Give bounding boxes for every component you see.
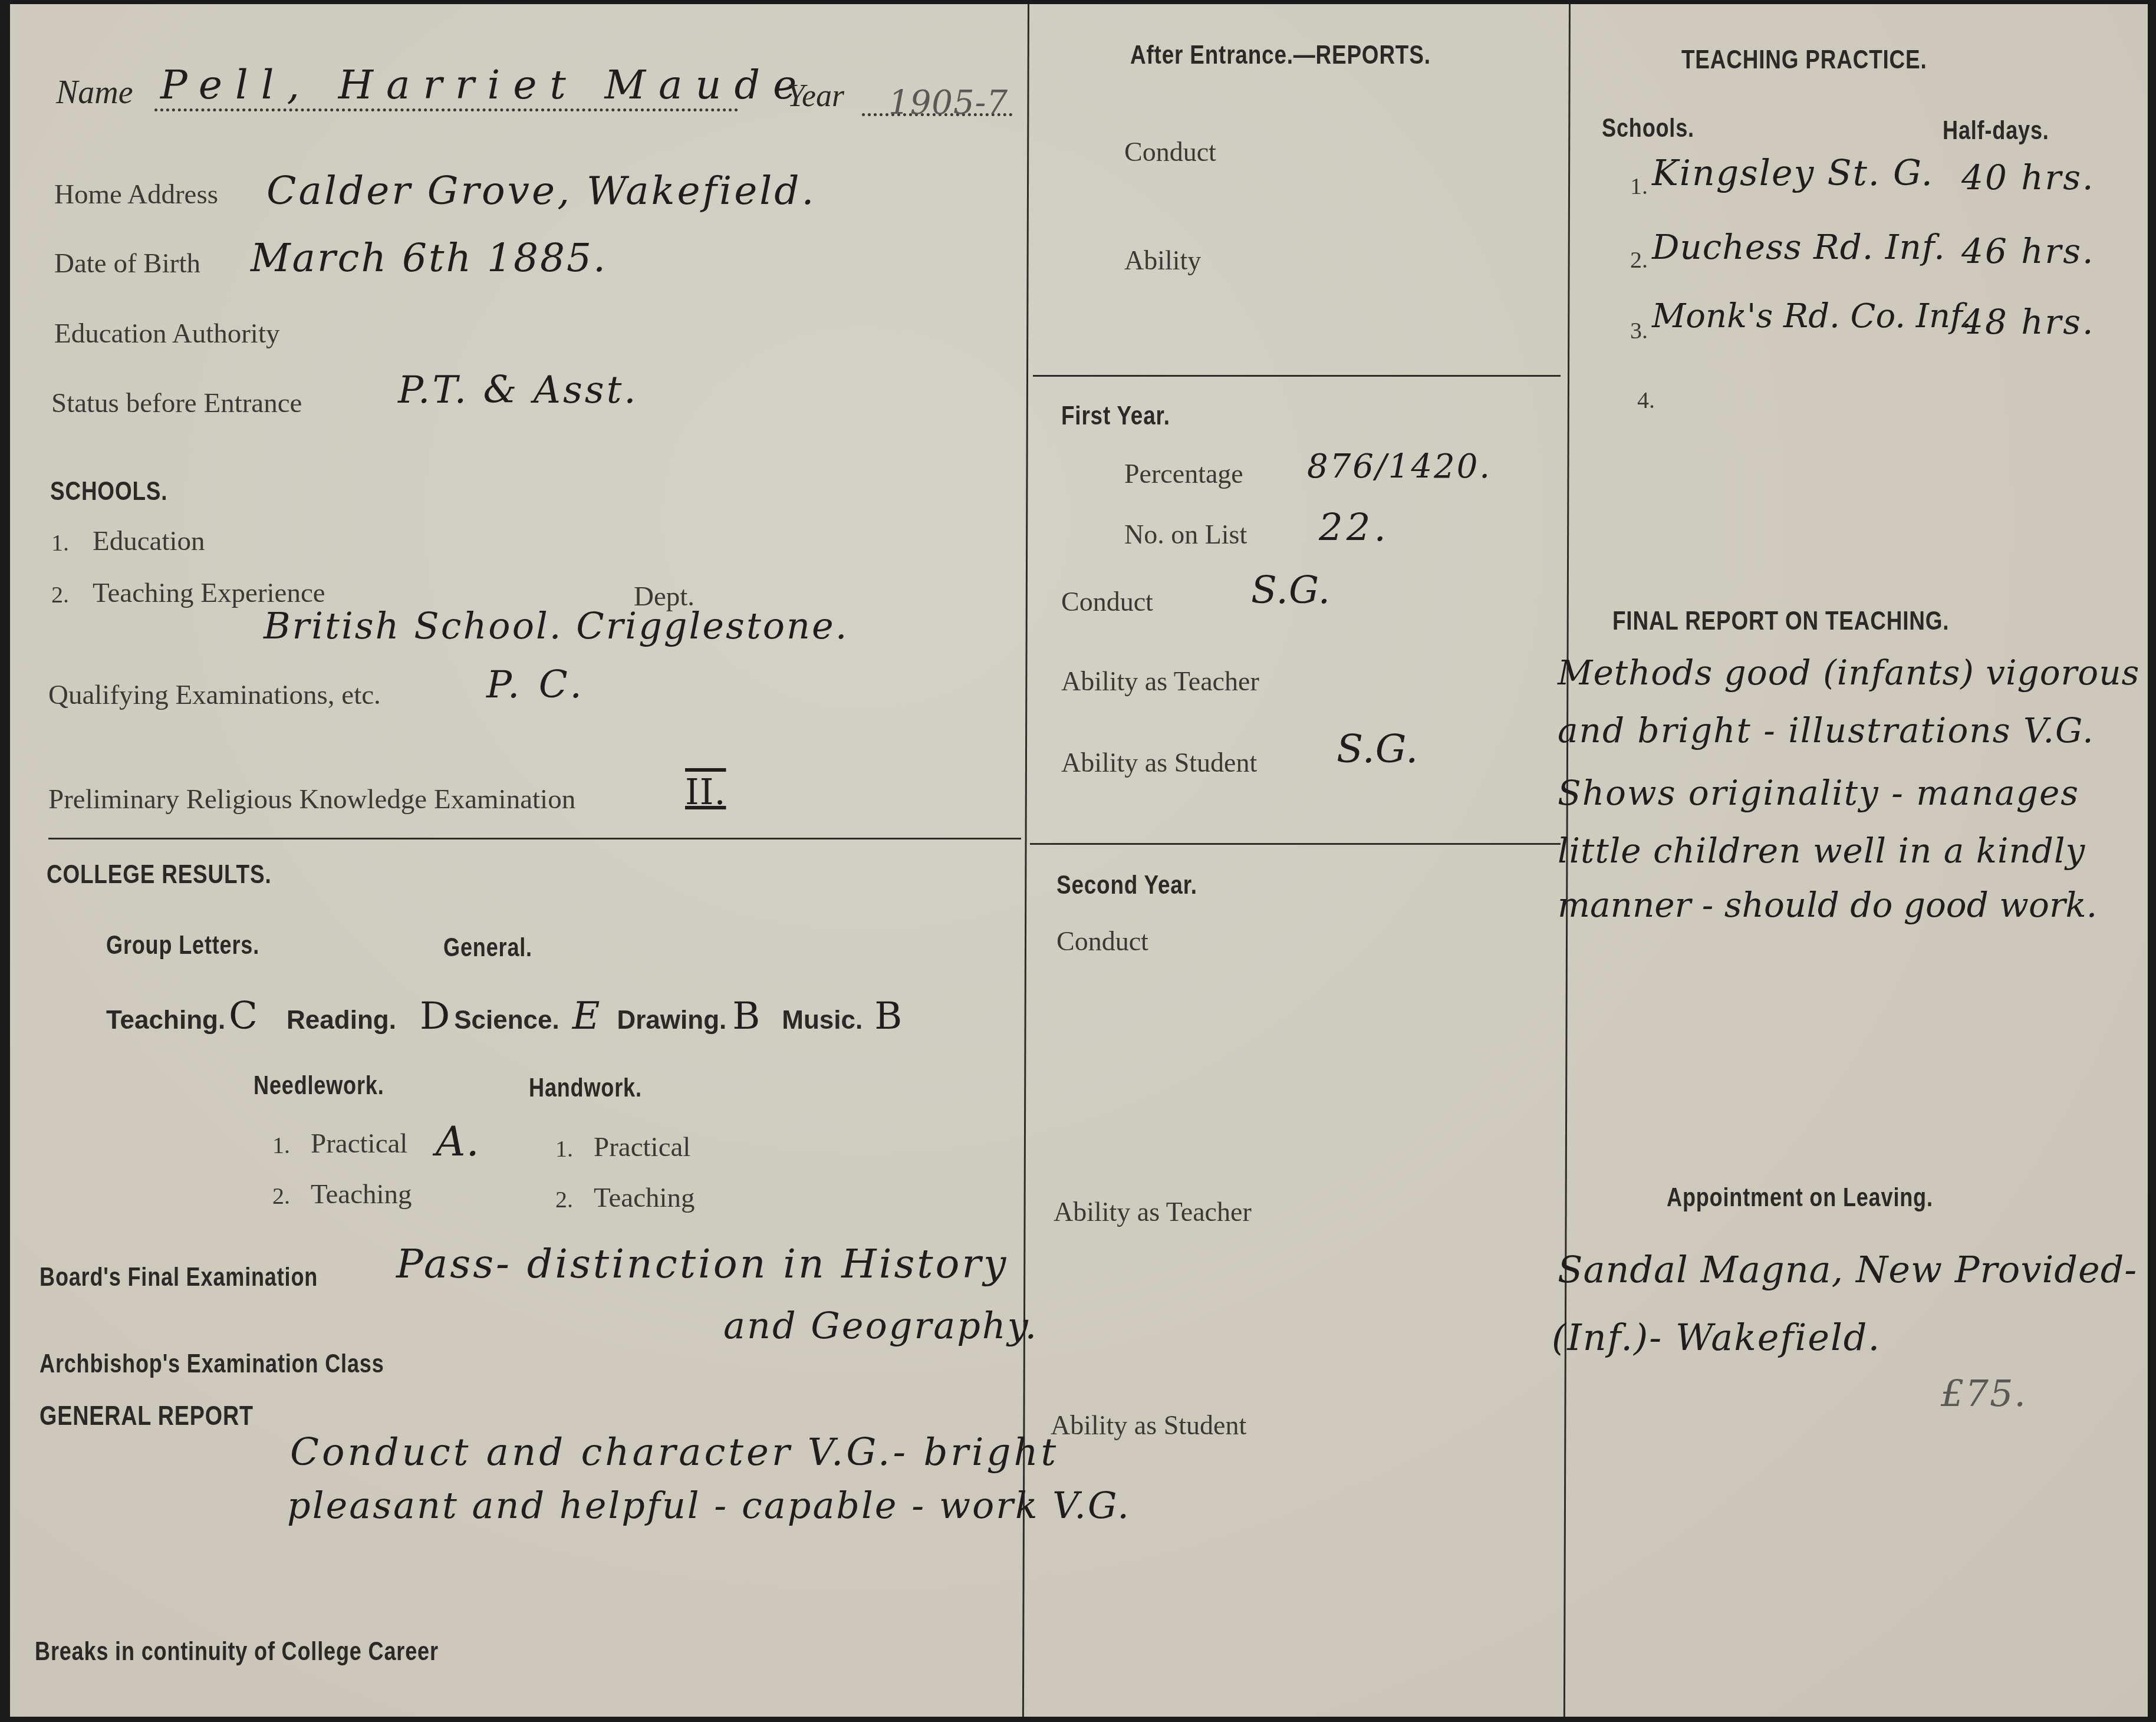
status-label: Status before Entrance <box>51 387 302 419</box>
college-results-heading: COLLEGE RESULTS. <box>47 859 271 890</box>
boards-exam-value-line1[interactable]: Pass- distinction in History <box>396 1241 1008 1288</box>
first-year-student-label: Ability as Student <box>1061 747 1257 778</box>
appointment-line1[interactable]: Sandal Magna, New Provided- <box>1558 1248 2137 1291</box>
religious-label: Preliminary Religious Knowledge Examinat… <box>48 783 575 815</box>
schools-education-label: Education <box>93 525 205 557</box>
schools-teaching-num: 2. <box>51 581 69 608</box>
tp-row-num: 2. <box>1630 246 1648 274</box>
tp-row-halfdays[interactable]: 46 hrs. <box>1961 231 2095 271</box>
general-report-label: GENERAL REPORT <box>40 1400 254 1431</box>
final-report-line: and bright - illustrations V.G. <box>1558 710 2147 773</box>
tp-row-school[interactable]: Monk's Rd. Co. Inf. <box>1652 297 1972 335</box>
final-report-line: Methods good (infants) vigorous <box>1558 653 2147 710</box>
qualifying-label: Qualifying Examinations, etc. <box>48 679 381 711</box>
divider-mid-first-year <box>1033 375 1561 377</box>
subject-science-grade[interactable]: E <box>572 995 601 1038</box>
final-report-line: manner - should do good work. <box>1558 885 2147 938</box>
handwork-practical-label: Practical <box>594 1131 690 1163</box>
subject-reading-grade[interactable]: D <box>420 995 450 1038</box>
schools-heading: SCHOOLS. <box>50 476 167 506</box>
appointment-salary[interactable]: £75. <box>1941 1372 2027 1415</box>
first-year-conduct-label: Conduct <box>1061 586 1153 617</box>
subject-drawing-grade[interactable]: B <box>732 995 761 1038</box>
first-year-percentage-value[interactable]: 876/1420. <box>1307 447 1492 486</box>
needlework-teaching-num: 2. <box>272 1182 290 1210</box>
subject-teaching-label: Teaching. <box>106 1006 225 1035</box>
year-value[interactable]: 1905-7 <box>888 84 1008 122</box>
schools-education-num: 1. <box>51 529 69 557</box>
tp-row-halfdays[interactable]: 40 hrs. <box>1961 157 2095 197</box>
reports-heading: After Entrance.—REPORTS. <box>1130 39 1431 70</box>
subject-grades-row: Teaching. C Reading. D Science. E Drawin… <box>106 995 903 1038</box>
divider-mid-second-year <box>1030 843 1561 845</box>
second-year-student-label: Ability as Student <box>1051 1410 1246 1441</box>
year-label: Year <box>787 77 844 114</box>
needlework-label: Needlework. <box>254 1071 384 1101</box>
first-year-list-label: No. on List <box>1124 519 1247 550</box>
handwork-practical-num: 1. <box>555 1135 573 1163</box>
subject-drawing-label: Drawing. <box>617 1006 726 1035</box>
first-year-student-value[interactable]: S.G. <box>1337 726 1418 772</box>
subject-teaching-grade[interactable]: C <box>229 995 258 1038</box>
tp-row-num: 4. <box>1637 386 1655 414</box>
name-value[interactable]: Pell, Harriet Maude <box>160 62 809 108</box>
subject-music-grade[interactable]: B <box>874 995 903 1038</box>
name-line <box>154 108 738 111</box>
home-address-value[interactable]: Calder Grove, Wakefield. <box>266 168 817 213</box>
divider-left-schools <box>48 838 1021 839</box>
subject-science-label: Science. <box>454 1006 559 1035</box>
boards-exam-value-line2[interactable]: and Geography. <box>723 1304 1038 1347</box>
subject-reading-label: Reading. <box>287 1006 396 1035</box>
subject-music-label: Music. <box>782 1006 863 1035</box>
first-year-percentage-label: Percentage <box>1124 458 1243 489</box>
tp-row-school[interactable]: Duchess Rd. Inf. <box>1652 227 1946 267</box>
religious-value[interactable]: II. <box>685 772 726 813</box>
schools-column-header: Schools. <box>1602 114 1694 143</box>
handwork-teaching-label: Teaching <box>594 1182 695 1214</box>
dob-value[interactable]: March 6th 1885. <box>251 235 607 281</box>
needlework-teaching-label: Teaching <box>311 1178 412 1210</box>
first-year-conduct-value[interactable]: S.G. <box>1251 569 1331 613</box>
name-label: Name <box>56 74 133 111</box>
after-entrance-ability-label: Ability <box>1124 245 1201 276</box>
general-report-line2[interactable]: pleasant and helpful - capable - work V.… <box>287 1484 1131 1527</box>
tp-row-halfdays[interactable]: 48 hrs. <box>1961 302 2095 342</box>
group-letters-label: Group Letters. <box>106 931 259 960</box>
handwork-teaching-num: 2. <box>555 1186 573 1213</box>
tp-row-num: 3. <box>1630 317 1648 344</box>
needlework-practical-num: 1. <box>272 1131 290 1159</box>
final-report-text[interactable]: Methods good (infants) vigorous and brig… <box>1558 653 2147 938</box>
final-report-line: Shows originality - manages <box>1558 773 2147 831</box>
general-report-line1[interactable]: Conduct and character V.G.- bright <box>290 1431 1059 1474</box>
boards-exam-label: Board's Final Examination <box>40 1263 318 1292</box>
tp-row-num: 1. <box>1630 172 1648 200</box>
tp-row-school[interactable]: Kingsley St. G. <box>1652 153 1934 194</box>
needlework-practical-label: Practical <box>311 1128 407 1160</box>
general-label: General. <box>443 933 532 963</box>
second-year-heading: Second Year. <box>1056 870 1197 900</box>
first-year-list-value[interactable]: 22. <box>1319 506 1390 550</box>
dob-label: Date of Birth <box>54 248 200 279</box>
appointment-line2[interactable]: (Inf.)- Wakefield. <box>1552 1316 1881 1359</box>
home-address-label: Home Address <box>54 179 218 210</box>
education-authority-label: Education Authority <box>54 318 279 350</box>
first-year-heading: First Year. <box>1061 400 1170 431</box>
second-year-conduct-label: Conduct <box>1056 926 1148 957</box>
final-report-line: little children well in a kindly <box>1558 831 2147 885</box>
archbishop-exam-label: Archbishop's Examination Class <box>40 1349 384 1379</box>
second-year-teacher-label: Ability as Teacher <box>1054 1196 1252 1227</box>
final-report-heading: FINAL REPORT ON TEACHING. <box>1612 605 1949 636</box>
teaching-practice-heading: TEACHING PRACTICE. <box>1681 44 1927 75</box>
needlework-practical-value[interactable]: A. <box>436 1117 480 1165</box>
qualifying-value[interactable]: P. C. <box>486 663 585 707</box>
appointment-heading: Appointment on Leaving. <box>1667 1183 1933 1213</box>
handwork-label: Handwork. <box>529 1074 642 1103</box>
halfdays-column-header: Half-days. <box>1943 116 2049 146</box>
status-value[interactable]: P.T. & Asst. <box>398 368 638 412</box>
teaching-experience-value[interactable]: British School. Crigglestone. <box>264 604 848 647</box>
student-record-card: Name Pell, Harriet Maude Year 1905-7 Hom… <box>10 4 2148 1717</box>
after-entrance-conduct-label: Conduct <box>1124 136 1216 167</box>
breaks-label: Breaks in continuity of College Career <box>35 1637 439 1667</box>
first-year-teacher-label: Ability as Teacher <box>1061 666 1259 697</box>
